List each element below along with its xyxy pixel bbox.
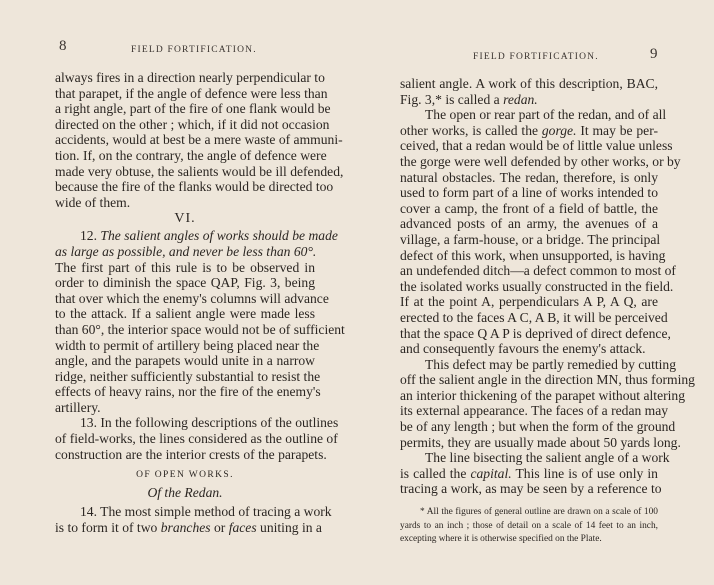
footnote-line: excepting where it is otherwise specifie… (400, 533, 658, 547)
text-line: cover a camp, the front of a field of ba… (400, 201, 658, 217)
text-line: that the space Q A P is deprived of dire… (400, 326, 658, 342)
text-line: advanced posts of an army, the avenues o… (400, 216, 658, 232)
subheading-redan: Of the Redan. (55, 482, 315, 504)
text-line: is called the capital. This line is of u… (400, 466, 658, 482)
text-line: of field-works, the lines considered as … (55, 431, 315, 447)
subheading-open-works: OF OPEN WORKS. (55, 462, 315, 482)
text-line: the gorge were well defended by other wo… (400, 154, 658, 170)
text-run: Fig. 3,* is called a (400, 92, 503, 107)
running-head-left: FIELD FORTIFICATION. (131, 45, 257, 55)
text-line: an undefended ditch—a defect common to m… (400, 263, 658, 279)
footnote-line: yards to an inch ; those of detail on a … (400, 520, 658, 534)
text-line: salient angle. A work of this descriptio… (400, 76, 658, 92)
text-line: that parapet, if the angle of defence we… (55, 86, 315, 102)
text-line: artillery. (55, 400, 315, 416)
text-run: uniting in a (257, 520, 322, 535)
paragraph-13: 13. In the following descriptions of the… (55, 415, 315, 462)
paragraph-continued: always fires in a direction nearly perpe… (55, 70, 315, 210)
rule-text: as large as possible, and never be less … (55, 244, 315, 260)
paragraph-a: salient angle. A work of this descriptio… (400, 76, 658, 107)
left-text-block: always fires in a direction nearly perpe… (55, 70, 315, 535)
rule-text: The salient angles of works should be ma… (100, 228, 338, 243)
text-line: The line bisecting the salient angle of … (400, 450, 658, 466)
text-line: effects of heavy rains, nor the fire of … (55, 384, 315, 400)
text-line: because the fire of the flanks would be … (55, 179, 315, 195)
text-line: The first part of this rule is to be obs… (55, 260, 315, 276)
text-line: than 60°, the interior space would not b… (55, 322, 315, 338)
text-run: or (211, 520, 229, 535)
text-line: Fig. 3,* is called a redan. (400, 92, 658, 108)
text-line: village, a farm-house, or a bridge. The … (400, 232, 658, 248)
running-head-right: FIELD FORTIFICATION. (473, 52, 599, 62)
text-line: used to form part of a line of works int… (400, 185, 658, 201)
text-line: made very obtuse, the salients would be … (55, 164, 315, 180)
term-redan: redan. (503, 92, 538, 107)
footnote: * All the figures of general outline are… (400, 506, 658, 547)
text-line: off the salient angle in the direction M… (400, 372, 658, 388)
text-line: width to permit of artillery being place… (55, 338, 315, 354)
text-line: the isolated works usually constructed i… (400, 279, 658, 295)
text-run: is called the (400, 466, 470, 481)
text-line: to the attack. If a salient angle were m… (55, 306, 315, 322)
page-number-right: 9 (650, 46, 658, 63)
text-line: that over which the enemy's columns will… (55, 291, 315, 307)
footnote-line: * All the figures of general outline are… (400, 506, 658, 520)
text-line: 13. In the following descriptions of the… (55, 415, 315, 431)
text-line: ridge, neither sufficiently substantial … (55, 369, 315, 385)
paragraph-d: The line bisecting the salient angle of … (400, 450, 658, 497)
text-line: and consequently favours the enemy's att… (400, 341, 658, 357)
paragraph-b: The open or rear part of the redan, and … (400, 107, 658, 357)
paragraph-number: 12. (80, 228, 97, 243)
text-run: This line is of use only in (512, 466, 658, 481)
right-page: FIELD FORTIFICATION. 9 salient angle. A … (357, 0, 714, 585)
text-line: If at the point A, perpendiculars A P, A… (400, 294, 658, 310)
term-capital: capital. (470, 466, 511, 481)
text-line: erected to the faces A C, A B, it will b… (400, 310, 658, 326)
text-line: is to form it of two branches or faces u… (55, 520, 315, 536)
text-line: always fires in a direction nearly perpe… (55, 70, 315, 86)
term-gorge: gorge. (542, 123, 577, 138)
text-line: tion. If, on the contrary, the angle of … (55, 148, 315, 164)
text-line: This defect may be partly remedied by cu… (400, 357, 658, 373)
text-line: accidents, would at best be a mere waste… (55, 132, 315, 148)
text-line: angle, and the parapets would unite in a… (55, 353, 315, 369)
text-line: construction are the interior crests of … (55, 447, 315, 463)
text-line: an interior thickening of the parapet wi… (400, 388, 658, 404)
text-line: ceived, that a redan would be of little … (400, 138, 658, 154)
paragraph-c: This defect may be partly remedied by cu… (400, 357, 658, 451)
text-run: other works, is called the (400, 123, 542, 138)
right-text-block: salient angle. A work of this descriptio… (400, 76, 658, 497)
text-line: wide of them. (55, 195, 315, 211)
text-line: other works, is called the gorge. It may… (400, 123, 658, 139)
text-line: directed on the other ; which, if it did… (55, 117, 315, 133)
text-line: The open or rear part of the redan, and … (400, 107, 658, 123)
text-line: its external appearance. The faces of a … (400, 403, 658, 419)
left-page: 8 FIELD FORTIFICATION. always fires in a… (0, 0, 357, 585)
text-line: tracing a work, as may be seen by a refe… (400, 481, 658, 497)
text-run: is to form it of two (55, 520, 161, 535)
paragraph-12: 12. The salient angles of works should b… (55, 228, 315, 415)
paragraph-14: 14. The most simple method of tracing a … (55, 504, 315, 535)
term-branches: branches (161, 520, 211, 535)
text-line: 14. The most simple method of tracing a … (55, 504, 315, 520)
page-number-left: 8 (59, 38, 67, 55)
text-line: 12. The salient angles of works should b… (55, 228, 315, 244)
text-line: order to diminish the space QAP, Fig. 3,… (55, 275, 315, 291)
text-line: a right angle, part of the fire of one f… (55, 101, 315, 117)
term-faces: faces (229, 520, 257, 535)
text-line: defect of this work, when unsupported, i… (400, 248, 658, 264)
text-line: be of any length ; but when the form of … (400, 419, 658, 435)
text-line: natural obstacles. The redan, therefore,… (400, 170, 658, 186)
section-heading: VI. (55, 210, 315, 228)
text-line: permits, they are usually made about 50 … (400, 435, 658, 451)
text-run: It may be per- (576, 123, 658, 138)
